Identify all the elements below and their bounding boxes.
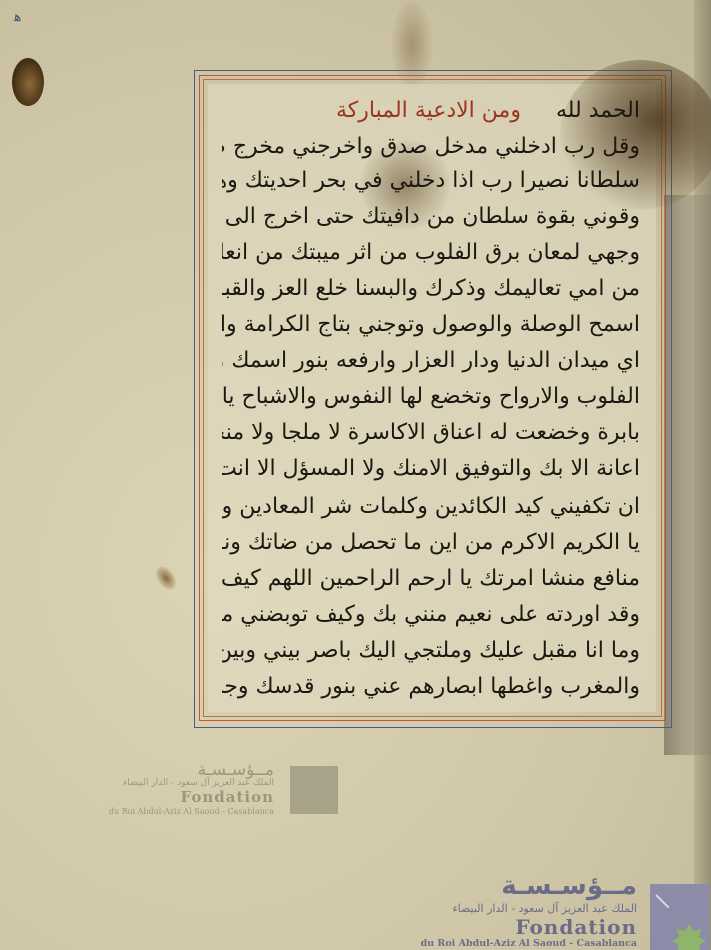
watermark-arabic-title: مــؤسـسـة — [198, 760, 274, 780]
text-line-12: يا الكريم الاكرم من اين ما تحصل من ضاتك … — [222, 526, 640, 560]
watermark-french-title: Fondation — [515, 916, 637, 938]
text-line-10: اعانة الا بك والتوفيق الامنك ولا المسؤل … — [222, 452, 640, 486]
watermark-arabic-subtitle: الملك عبد العزيز آل سعود - الدار البيضاء — [452, 902, 637, 915]
text-line-14: وقد اوردته على نعيم منني بك وكيف توبضني … — [222, 598, 640, 632]
heading-black: الحمد لله — [556, 98, 640, 123]
text-line-16: والمغرب واغطها ابصارهم عني بنور قدسك وجل… — [222, 670, 640, 704]
text-line-1: وقل رب ادخلني مدخل صدق واخرجني مخرج صدق … — [222, 130, 640, 164]
text-line-13: منافع منشا امرتك يا ارحم الراحمين اللهم … — [222, 562, 640, 596]
ink-stain-top-left — [12, 58, 44, 106]
text-line-8: الفلوب والارواح وتخضع لها النفوس والاشبا… — [222, 380, 640, 414]
eight-point-star-icon — [672, 924, 706, 950]
text-line-10-body: اعانة الا بك والتوفيق الامنك ولا المسؤل … — [222, 456, 640, 481]
text-line-6: اسمح الوصلة والوصول وتوجني بتاج الكرامة … — [222, 308, 640, 342]
watermark-center: مــؤسـسـة الملك عبد العزيز آل سعود - الد… — [178, 760, 338, 820]
text-line-4: وجهي لمعان برق الفلوب من اثر ميبتك من ان… — [222, 236, 640, 270]
text-line-2: سلطانا نصيرا رب اذا دخلني في بحر احديتك … — [222, 164, 640, 198]
watermark-arabic-title: مــؤسـسـة — [501, 872, 637, 900]
manuscript-page: ﻫ الحمد لله ومن الادعية المباركة وقل رب … — [0, 0, 711, 950]
foundation-logo-icon — [650, 884, 710, 950]
heading-rubric: ومن الادعية المباركة — [336, 98, 521, 123]
text-block: الحمد لله ومن الادعية المباركة وقل رب اد… — [208, 84, 656, 712]
folio-mark: ﻫ — [14, 8, 24, 26]
watermark-arabic-subtitle: الملك عبد العزيز آل سعود - الدار البيضاء — [123, 778, 274, 788]
foundation-logo-icon — [290, 766, 338, 814]
heading-line: الحمد لله ومن الادعية المباركة — [222, 94, 640, 128]
text-line-9: بابرة وخضعت له اعناق الاكاسرة لا ملجا ول… — [222, 416, 640, 450]
text-line-11: ان تكفيني كيد الكائدين وكلمات شر المعادي… — [222, 490, 640, 524]
text-line-5: من امي تعاليمك وذكرك والبسنا خلع العز وا… — [222, 272, 640, 306]
text-line-3: وقوني بقوة سلطان من دافيتك حتى اخرج الى … — [222, 200, 640, 234]
text-line-15: وما انا مقبل عليك وملتجي اليك باصر بيني … — [222, 634, 640, 668]
watermark-french-subtitle: du Roi Abdul-Aziz Al Saoud - Casablanca — [421, 938, 637, 949]
ink-stain-margin — [152, 563, 180, 593]
watermark-bottom-right: مــؤسـسـة الملك عبد العزيز آل سعود - الد… — [420, 870, 711, 950]
watermark-french-title: Fondation — [181, 788, 275, 806]
text-line-7: اي ميدان الدنيا ودار العزار وارفعه بنور … — [222, 344, 640, 378]
watermark-french-subtitle: du Roi Abdul-Aziz Al Saoud - Casablanca — [109, 807, 274, 816]
